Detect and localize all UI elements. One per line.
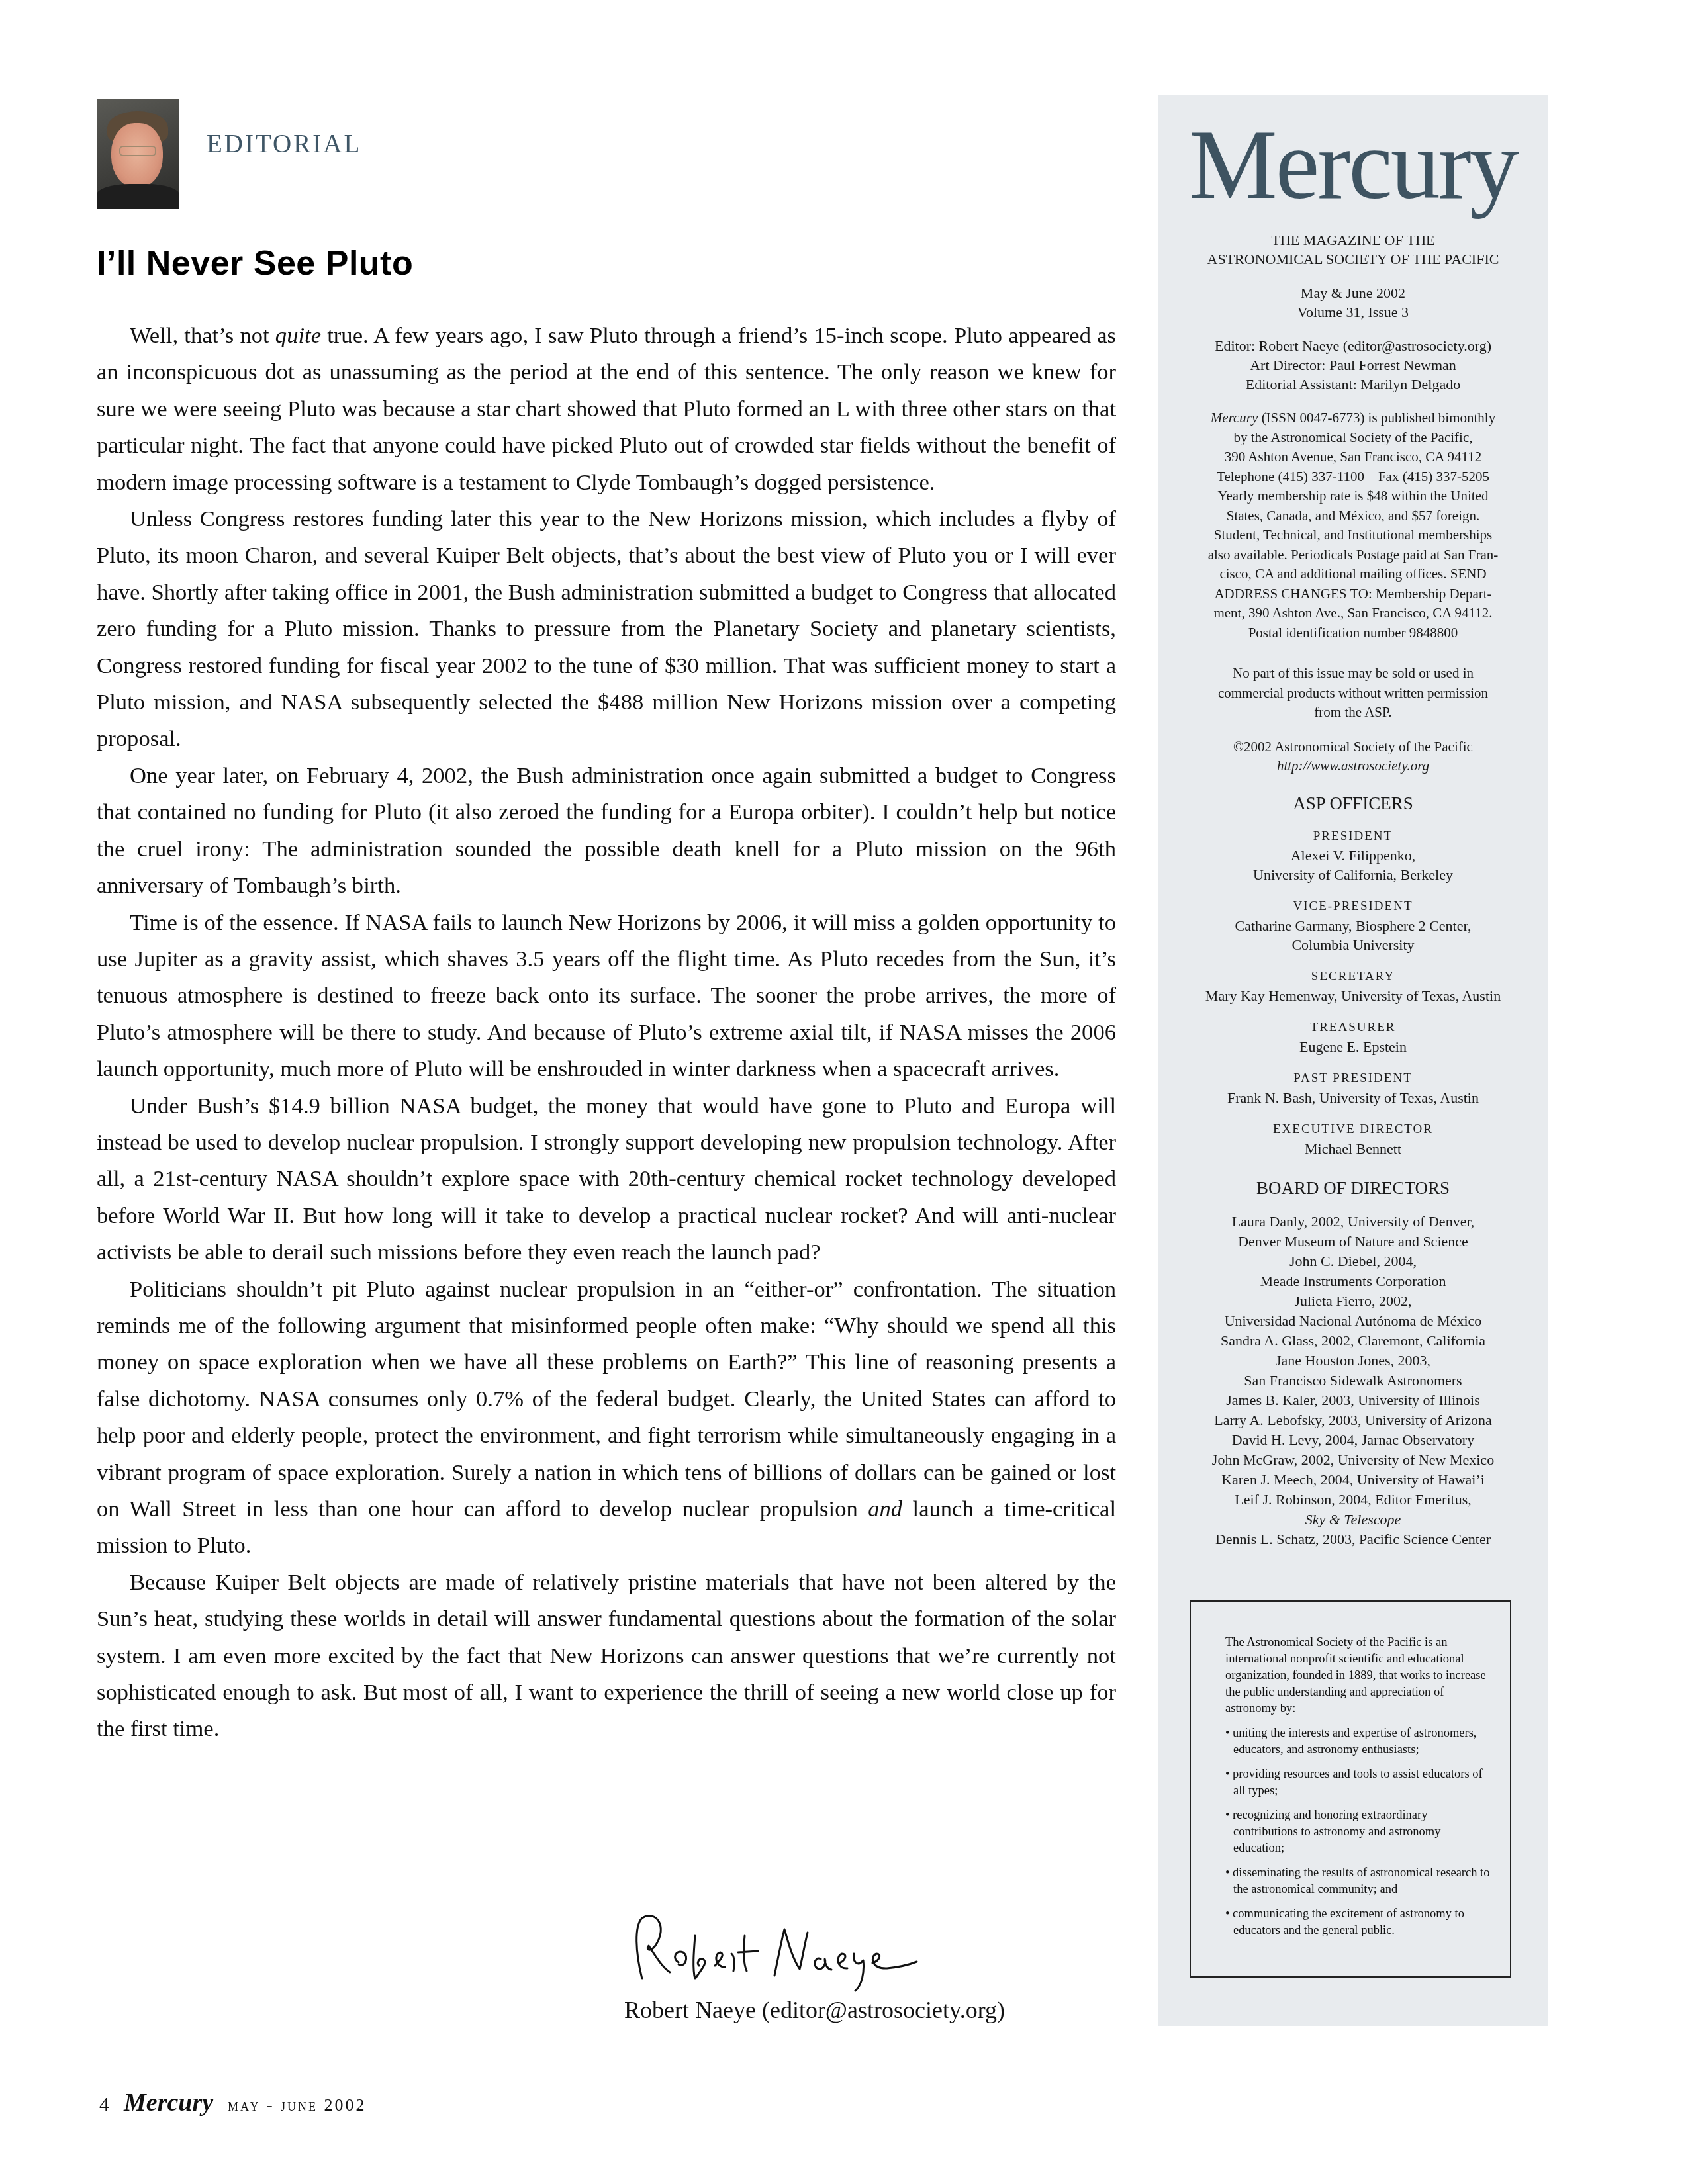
mission-item: providing resources and tools to assist … xyxy=(1225,1766,1490,1799)
officers-heading: ASP OFFICERS xyxy=(1158,794,1548,814)
footer-issue-date: may - june 2002 xyxy=(228,2095,367,2115)
publication-info: Mercury (ISSN 0047-6773) is published bi… xyxy=(1158,408,1548,643)
photo-shirt xyxy=(97,184,179,209)
article-title: I’ll Never See Pluto xyxy=(97,244,413,283)
board-heading: BOARD OF DIRECTORS xyxy=(1158,1178,1548,1199)
paragraph: One year later, on February 4, 2002, the… xyxy=(97,758,1116,905)
author-photo xyxy=(97,99,179,209)
paragraph: Politicians shouldn’t pit Pluto against … xyxy=(97,1271,1116,1565)
issue-info: May & June 2002 Volume 31, Issue 3 xyxy=(1158,283,1548,322)
mission-item: uniting the interests and expertise of a… xyxy=(1225,1725,1490,1758)
website-link[interactable]: http://www.astrosociety.org xyxy=(1158,756,1548,776)
mission-item: recognizing and honoring extraordinary c… xyxy=(1225,1807,1490,1857)
copyright-block: ©2002 Astronomical Society of the Pacifi… xyxy=(1158,737,1548,776)
paragraph: Well, that’s not quite true. A few years… xyxy=(97,318,1116,501)
staff-credits: Editor: Robert Naeye (editor@astrosociet… xyxy=(1158,336,1548,394)
rights-notice: No part of this issue may be sold or use… xyxy=(1158,664,1548,723)
signature-line: Robert Naeye (editor@astrosociety.org) xyxy=(624,1996,1005,2024)
mission-statement-box: The Astronomical Society of the Pacific … xyxy=(1190,1600,1511,1978)
signature-image xyxy=(616,1906,960,1992)
article-body: Well, that’s not quite true. A few years… xyxy=(97,318,1116,1748)
page-number: 4 xyxy=(99,2093,109,2116)
paragraph: Under Bush’s $14.9 billion NASA budget, … xyxy=(97,1088,1116,1271)
mission-item: disseminating the results of astronomica… xyxy=(1225,1865,1490,1898)
mission-intro: The Astronomical Society of the Pacific … xyxy=(1225,1635,1490,1717)
photo-glasses xyxy=(119,146,156,156)
mercury-logo: Mercury xyxy=(1158,115,1548,214)
officers-list: PRESIDENT Alexei V. Filippenko, Universi… xyxy=(1158,829,1548,1158)
mission-list: uniting the interests and expertise of a… xyxy=(1225,1725,1490,1939)
page-footer: 4 Mercury may - june 2002 xyxy=(99,2088,367,2117)
section-label: editorial xyxy=(207,119,361,161)
paragraph: Time is of the essence. If NASA fails to… xyxy=(97,905,1116,1088)
paragraph: Because Kuiper Belt objects are made of … xyxy=(97,1565,1116,1748)
footer-magazine-name: Mercury xyxy=(124,2088,213,2117)
copyright: ©2002 Astronomical Society of the Pacifi… xyxy=(1158,737,1548,757)
mission-item: communicating the excitement of astronom… xyxy=(1225,1906,1490,1939)
paragraph: Unless Congress restores funding later t… xyxy=(97,501,1116,758)
magazine-subtitle: THE MAGAZINE OF THE ASTRONOMICAL SOCIETY… xyxy=(1158,230,1548,269)
board-list: Laura Danly, 2002, University of Denver,… xyxy=(1158,1212,1548,1549)
